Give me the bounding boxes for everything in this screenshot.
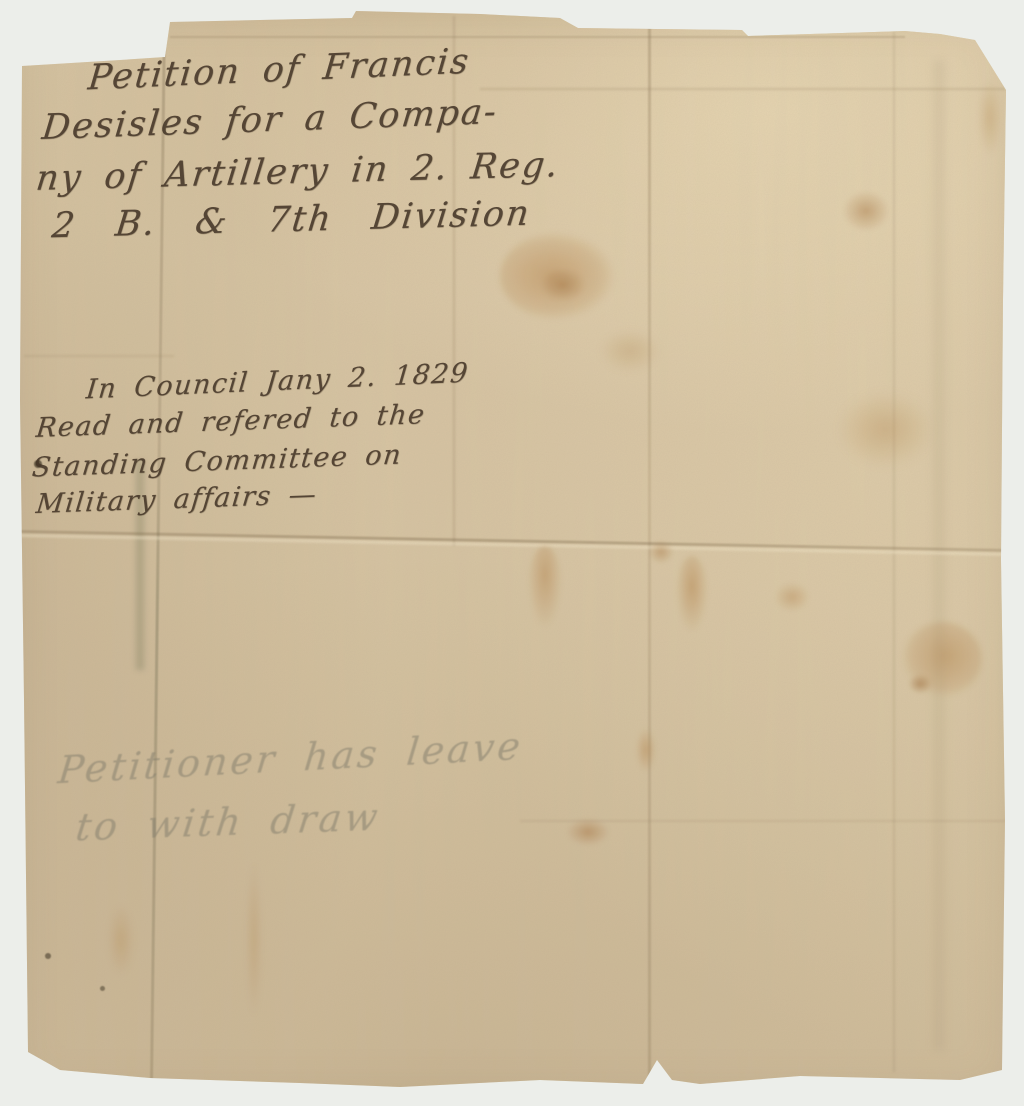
ink-dot [34,460,42,468]
stain [246,862,262,1017]
ink-dot [100,986,105,991]
stain [600,330,660,372]
council-note-line: Military affairs — [34,479,319,520]
stain [774,582,810,612]
stain [842,190,890,232]
stain [648,540,674,564]
fold-crease-dark-segment [136,460,144,670]
paper-texture-band [933,60,945,1050]
stain [676,556,708,632]
paper-grain-texture [0,0,1024,1106]
fold-crease-vertical-left [150,18,166,1080]
council-note-line: Read and refered to the [34,399,427,444]
fold-crease-horizontal-lower [520,820,1005,822]
stain [108,905,134,975]
docket-line: Desisles for a Compa- [40,92,500,148]
fold-crease-vertical-right [893,32,895,1072]
stain [500,232,615,320]
council-note-line: Standing Committee on [30,439,403,483]
docket-line: 2 B. & 7th Division [50,194,533,247]
stain [978,80,1002,155]
scan-background: Petition of Francis Desisles for a Compa… [0,0,1024,1106]
fold-crease-horizontal-top [480,88,1005,90]
stain [636,728,656,772]
fold-crease-horizontal-left [24,355,174,357]
council-note-line: In Council Jany 2. 1829 [85,358,471,406]
stain [838,392,933,467]
stain [540,268,586,302]
fold-crease-vertical-upper-mid [453,16,455,546]
pencil-note-line: Petitioner has leave [56,724,525,793]
top-edge-fold-line [170,36,905,38]
document-page: Petition of Francis Desisles for a Compa… [0,0,1024,1106]
stain [566,818,610,846]
stain [908,674,932,694]
pencil-note-line: to with draw [73,795,383,850]
fold-crease-horizontal-middle [20,530,1006,552]
ink-dot [45,953,51,959]
fold-crease-highlight [20,534,1006,556]
stain [528,546,562,628]
stain [902,622,982,697]
fold-crease-vertical-center [648,16,651,1084]
docket-line: ny of Artillery in 2. Reg. [34,145,562,199]
docket-line: Petition of Francis [86,42,472,99]
